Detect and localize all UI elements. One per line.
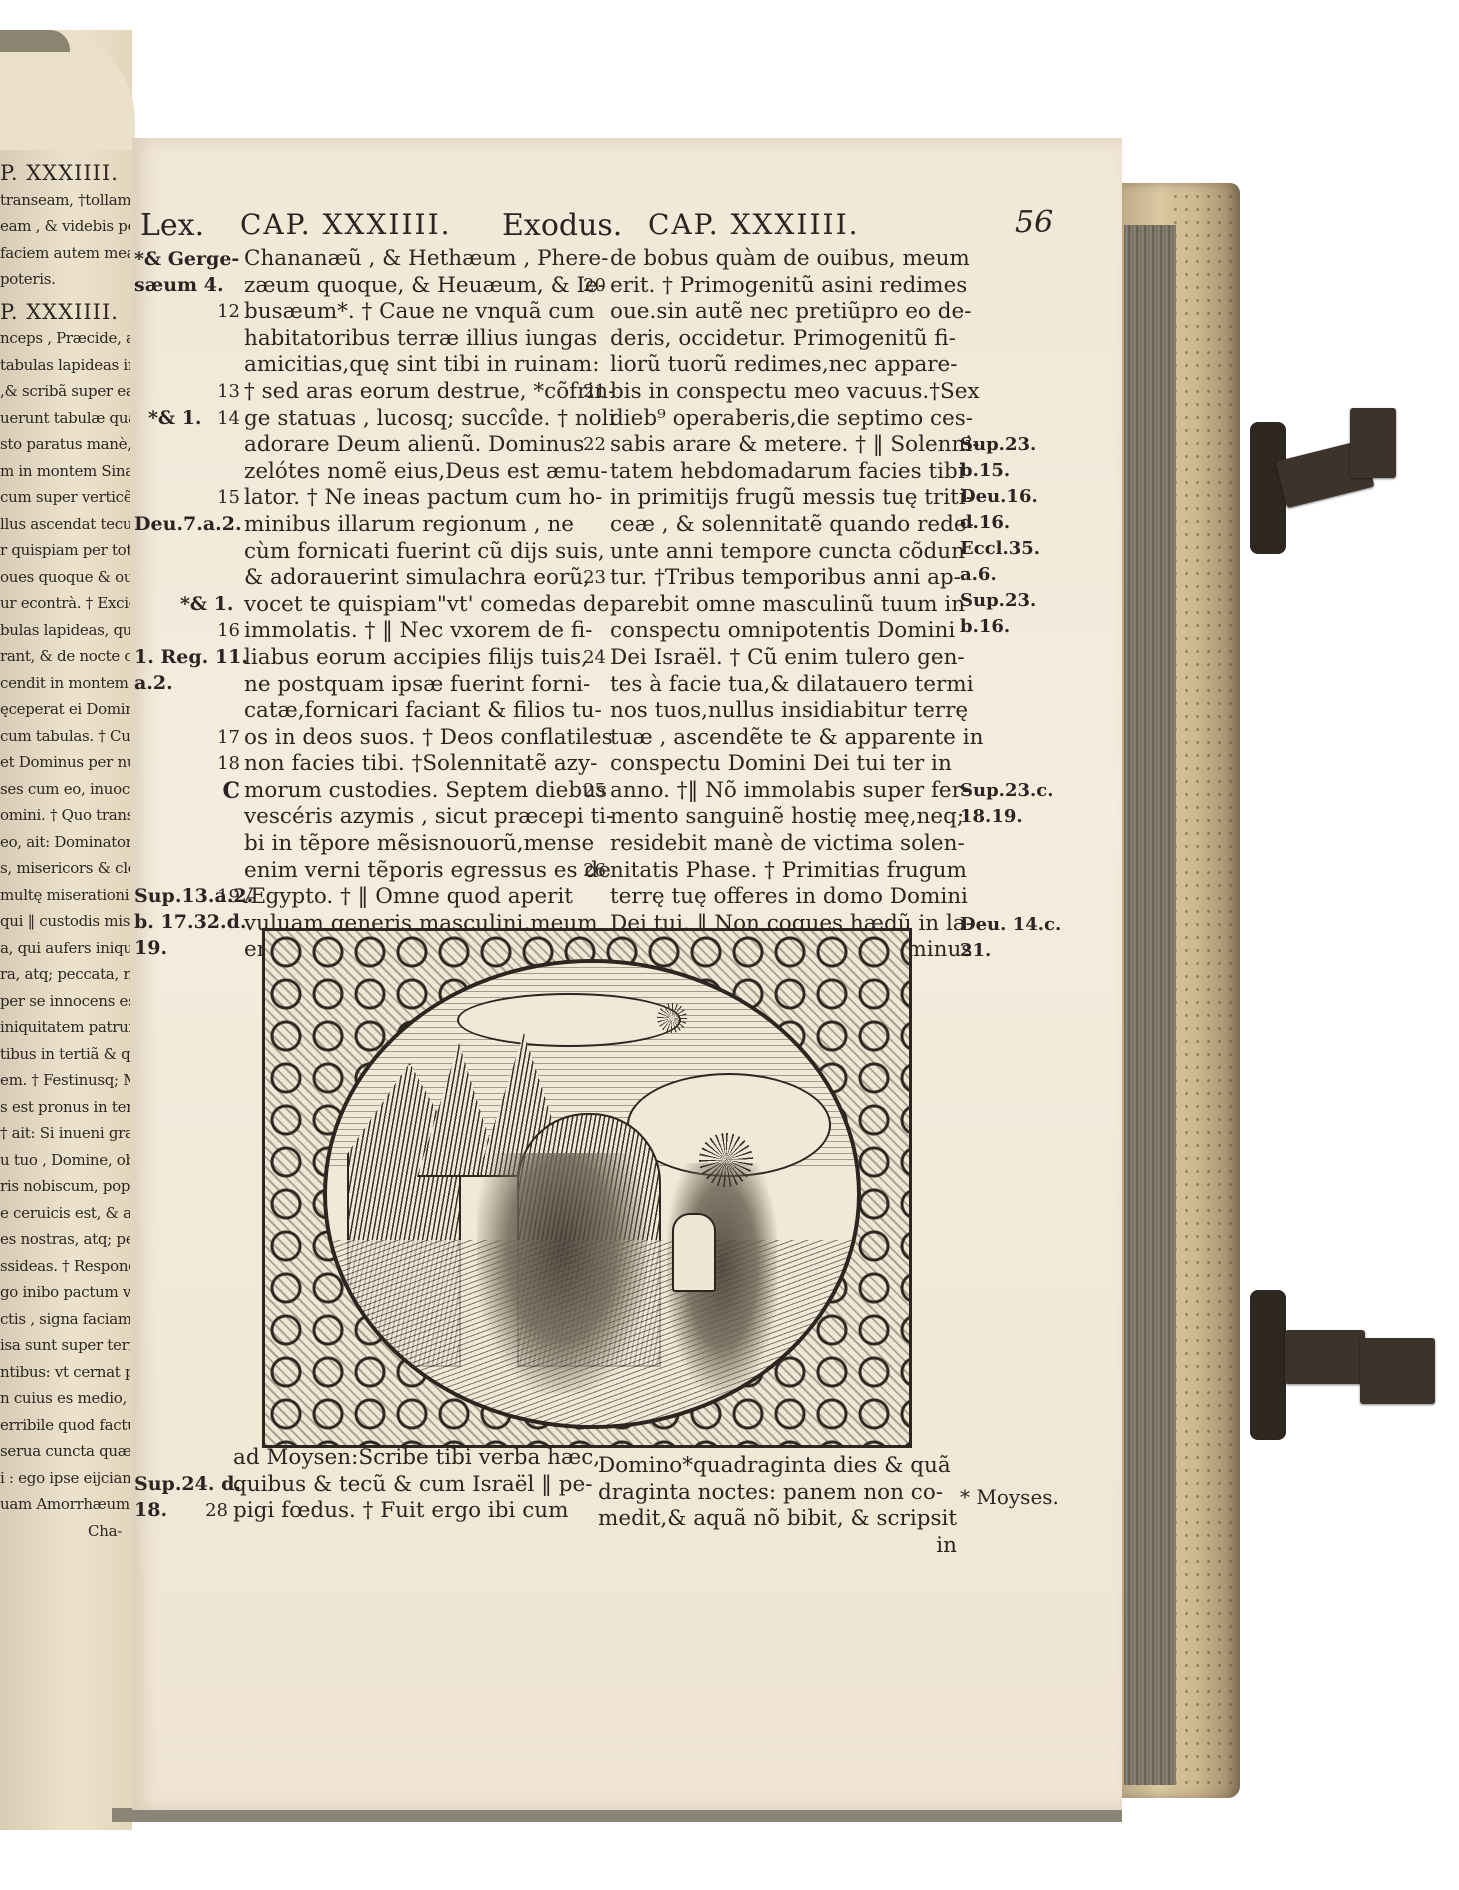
text-line: unte anni tempore cuncta cõdun bbox=[610, 539, 983, 566]
running-header-chapter-left: CAP. XXXIIII. bbox=[240, 208, 452, 241]
verse-number bbox=[578, 592, 606, 619]
text-column-right: de bobus quàm de ouibus, meum erit. † Pr… bbox=[610, 246, 983, 964]
prev-line: cum super verticẽ mon- bbox=[0, 484, 130, 511]
text-line: zæum quoque, & Heuæum, & Ie- bbox=[244, 273, 615, 300]
margin-note-right: d.16. bbox=[960, 510, 1070, 537]
text-line: bis in conspectu meo vacuus.†Sex bbox=[610, 379, 983, 406]
text-line: quibus & tecũ & cum Israël ‖ pe- bbox=[233, 1472, 600, 1499]
woodcut-medallion bbox=[323, 959, 861, 1429]
page-bottom-edge bbox=[112, 1808, 1122, 1822]
margin-note-left: *& 1. bbox=[180, 591, 280, 618]
running-header-left: Lex. bbox=[140, 208, 204, 243]
text-line: parebit omne masculinũ tuum in bbox=[610, 592, 983, 619]
section-letter: C bbox=[196, 778, 240, 805]
margin-note-left: *& 1. bbox=[148, 405, 248, 432]
prev-line: cum tabulas. † Cumq; de- bbox=[0, 723, 130, 750]
verse-numbers-left-bottom: 28 bbox=[196, 1445, 228, 1525]
text-line: nos tuos,nullus insidiabitur terrę bbox=[610, 698, 983, 725]
text-line: Dei Israël. † Cũ enim tulero gen- bbox=[610, 645, 983, 672]
verse-number bbox=[196, 459, 240, 486]
verse-number bbox=[578, 459, 606, 486]
prev-line: faciem autem meam bbox=[0, 240, 130, 267]
prev-line: ctis , signa faciam quæ bbox=[0, 1306, 130, 1333]
text-line: de bobus quàm de ouibus, meum bbox=[610, 246, 983, 273]
verse-number bbox=[578, 672, 606, 699]
prev-line: eam , & videbis poste- bbox=[0, 213, 130, 240]
verse-number: 18 bbox=[196, 751, 240, 778]
text-line: draginta noctes: panem non co- bbox=[598, 1480, 957, 1507]
text-line: liorũ tuorũ redimes,nec appare- bbox=[610, 352, 983, 379]
verse-number bbox=[196, 432, 240, 459]
verse-number: 28 bbox=[196, 1498, 228, 1525]
prev-line: ęceperat ei Dominus, por- bbox=[0, 696, 130, 723]
upper-clasp-mount bbox=[1250, 422, 1286, 554]
text-line: dieb⁹ operaberis,die septimo ces- bbox=[610, 406, 983, 433]
margin-note-right: Deu. 14.c. bbox=[960, 912, 1070, 939]
prev-line: oues quoque & oues non bbox=[0, 564, 130, 591]
text-line: terrę tuę offeres in domo Domini bbox=[610, 884, 983, 911]
previous-page-text: P. XXXIIII. transeam, †tollamque eam , &… bbox=[0, 160, 130, 1544]
prev-line: es nostras, atq; peccata bbox=[0, 1226, 130, 1253]
prev-line: ris nobiscum, populus bbox=[0, 1173, 130, 1200]
prev-line: rant, & de nocte consur- bbox=[0, 643, 130, 670]
verse-number bbox=[578, 246, 606, 273]
text-line: medit,& aquã nõ bibit, & scripsit bbox=[598, 1506, 957, 1533]
text-line: mento sanguinẽ hostię meę,neq; bbox=[610, 804, 983, 831]
text-line: bi in tẽpore mẽsisnouorũ,mense bbox=[244, 831, 615, 858]
prev-line: omini. † Quo transeunte bbox=[0, 802, 130, 829]
prev-line: ra, atq; peccata, nullusque bbox=[0, 961, 130, 988]
woodcut-cloud bbox=[457, 993, 681, 1047]
verse-number: 20 bbox=[578, 273, 606, 300]
verse-number bbox=[196, 804, 240, 831]
prev-line: s, misericors & clemẽs, bbox=[0, 855, 130, 882]
verse-number bbox=[578, 618, 606, 645]
text-line: sabis arare & metere. † ‖ Solenni- bbox=[610, 432, 983, 459]
text-line: pigi fœdus. † Fuit ergo ibi cum bbox=[233, 1498, 600, 1525]
prev-line: ,& scribã super eas verba bbox=[0, 378, 130, 405]
verse-number: 24 bbox=[578, 645, 606, 672]
text-line: conspectu Domini Dei tui ter in bbox=[610, 751, 983, 778]
text-column-right-bottom: Domino*quadraginta dies & quã draginta n… bbox=[598, 1453, 957, 1559]
prev-line: eo, ait: Dominator Domi- bbox=[0, 829, 130, 856]
text-line: & adorauerint simulachra eorũ, bbox=[244, 565, 615, 592]
prev-line: uam Amorrhæum, & bbox=[0, 1491, 130, 1518]
margin-note-right: Sup.23. bbox=[960, 432, 1070, 459]
verse-number bbox=[578, 326, 606, 353]
text-line: nitatis Phase. † Primitias frugum bbox=[610, 858, 983, 885]
binding-speckle-texture bbox=[1170, 190, 1235, 1790]
margin-note-left: Sup.13.a.2. bbox=[134, 883, 234, 910]
text-line: ne postquam ipsæ fuerint forni- bbox=[244, 672, 615, 699]
text-line: minibus illarum regionum , ne bbox=[244, 512, 615, 539]
text-line: in primitijs frugũ messis tuę triti- bbox=[610, 485, 983, 512]
margin-note-right: a.6. bbox=[960, 562, 1070, 589]
text-line: adorare Deum alienũ. Dominus bbox=[244, 432, 615, 459]
verse-number bbox=[578, 884, 606, 911]
margin-note-left: 1. Reg. 11. bbox=[134, 644, 234, 671]
prev-line: transeam, †tollamque bbox=[0, 187, 130, 214]
prev-line: nceps , Præcide, ait, tibi bbox=[0, 325, 130, 352]
text-line: amicitias,quę sint tibi in ruinam: bbox=[244, 352, 615, 379]
lower-clasp-catch[interactable] bbox=[1360, 1338, 1435, 1404]
prev-line: llus ascendat tecum, nec bbox=[0, 511, 130, 538]
text-line: oue.sin autẽ nec pretiũpro eo de- bbox=[610, 299, 983, 326]
prev-line: ses cum eo, inuocans no- bbox=[0, 776, 130, 803]
verse-number bbox=[578, 831, 606, 858]
page-number: 56 bbox=[1015, 205, 1053, 240]
margin-note-left: 19. bbox=[134, 935, 234, 962]
prev-line: e ceruicis est, & aufers bbox=[0, 1200, 130, 1227]
verse-number: 17 bbox=[196, 725, 240, 752]
text-line: tatem hebdomadarum facies tibi bbox=[610, 459, 983, 486]
margin-note-left: sæum 4. bbox=[134, 272, 234, 299]
woodcut-sun bbox=[657, 1003, 687, 1033]
text-line: conspectu omnipotentis Domini bbox=[610, 618, 983, 645]
margin-note-left: a.2. bbox=[134, 670, 234, 697]
margin-note-left: *& Gerge- bbox=[134, 246, 234, 273]
verse-numbers-right: 20 21 22 23 24 25 26 27 bbox=[578, 246, 606, 964]
margin-note-left: Deu.7.a.2. bbox=[134, 511, 234, 538]
verse-number bbox=[196, 1472, 228, 1499]
text-line: liabus eorum accipies filijs tuis, bbox=[244, 645, 615, 672]
verse-number bbox=[578, 352, 606, 379]
prev-line: erribile quod facturus bbox=[0, 1412, 130, 1439]
prev-line: ur econtrà. † Excidit ergo bbox=[0, 590, 130, 617]
running-header-book-title: Exodus. bbox=[502, 208, 622, 243]
prev-line: poteris. bbox=[0, 266, 130, 293]
text-line: † sed aras eorum destrue, *cõfrin- bbox=[244, 379, 615, 406]
running-header-chapter-right: CAP. XXXIIII. bbox=[648, 208, 860, 241]
prev-line: r quispiam per totũ mon- bbox=[0, 537, 130, 564]
verse-number bbox=[578, 299, 606, 326]
prev-line: per se innocens est. ‖ Qui bbox=[0, 988, 130, 1015]
prev-line: i : ego ipse eijciam an- bbox=[0, 1465, 130, 1492]
text-line: anno. †‖ Nõ immolabis super fer- bbox=[610, 778, 983, 805]
verse-number bbox=[578, 485, 606, 512]
text-line: habitatoribus terræ illius iungas bbox=[244, 326, 615, 353]
text-column-left-bottom: ad Moysen:Scribe tibi verba hæc, quibus … bbox=[233, 1445, 600, 1525]
prev-line: go inibo pactum viden- bbox=[0, 1279, 130, 1306]
text-line: lator. † Ne ineas pactum cum ho- bbox=[244, 485, 615, 512]
verse-number: 13 bbox=[196, 379, 240, 406]
verse-number bbox=[196, 539, 240, 566]
prev-line: multę miserationis, ac bbox=[0, 882, 130, 909]
prev-line: u tuo , Domine, obsecro bbox=[0, 1147, 130, 1174]
verse-number bbox=[196, 698, 240, 725]
prev-line: tibus in tertiã & quartam bbox=[0, 1041, 130, 1068]
margin-note-right: * Moyses. bbox=[960, 1484, 1070, 1511]
text-line: vescéris azymis , sicut præcepi ti- bbox=[244, 804, 615, 831]
text-line: Ægypto. † ‖ Omne quod aperit bbox=[244, 884, 615, 911]
catchword: in bbox=[598, 1533, 957, 1560]
prev-catchword: Cha- bbox=[0, 1518, 130, 1545]
margin-note-right: b.15. bbox=[960, 458, 1070, 485]
margin-note-right: Deu.16. bbox=[960, 484, 1070, 511]
prev-line: uerunt tabulæ quas fre- bbox=[0, 405, 130, 432]
woodcut-tablets-of-law bbox=[672, 1213, 716, 1292]
prev-line: a, qui aufers iniquitatem bbox=[0, 935, 130, 962]
prev-line: ntibus: vt cernat popu- bbox=[0, 1359, 130, 1386]
prev-line: tabulas lapideas instar bbox=[0, 352, 130, 379]
text-column-left: Chananæũ , & Hethæum , Phere- zæum quoqu… bbox=[244, 246, 615, 964]
text-line: tur. †Tribus temporibus anni ap- bbox=[610, 565, 983, 592]
text-line: residebit manè de victima solen- bbox=[610, 831, 983, 858]
verse-number bbox=[578, 725, 606, 752]
text-line: os in deos suos. † Deos conflatiles bbox=[244, 725, 615, 752]
prev-line: sto paratus manè,vt ascẽ bbox=[0, 431, 130, 458]
prev-line: bulas lapideas, quales an- bbox=[0, 617, 130, 644]
verse-number bbox=[578, 539, 606, 566]
prev-line: serua cuncta quæ hodie bbox=[0, 1438, 130, 1465]
verse-number: 15 bbox=[196, 485, 240, 512]
text-line: immolatis. † ‖ Nec vxorem de fi- bbox=[244, 618, 615, 645]
text-line: catæ,fornicari faciant & filios tu- bbox=[244, 698, 615, 725]
prev-line: n cuius es medio, opus bbox=[0, 1385, 130, 1412]
verse-number: 16 bbox=[196, 618, 240, 645]
margin-note-right: Eccl.35. bbox=[960, 536, 1070, 563]
prev-line: ssideas. † Respondit Do- bbox=[0, 1253, 130, 1280]
margin-note-right: 18.19. bbox=[960, 804, 1070, 831]
lower-clasp-mount bbox=[1250, 1290, 1286, 1440]
verse-number bbox=[578, 698, 606, 725]
verse-number bbox=[196, 831, 240, 858]
verse-number bbox=[196, 858, 240, 885]
prev-chapter-heading: P. XXXIIII. bbox=[0, 160, 130, 187]
verse-number: 21 bbox=[578, 379, 606, 406]
text-line: erit. † Primogenitũ asini redimes bbox=[610, 273, 983, 300]
text-line: morum custodies. Septem diebus bbox=[244, 778, 615, 805]
verse-number: 23 bbox=[578, 565, 606, 592]
text-line: cùm fornicati fuerint cũ dijs suis, bbox=[244, 539, 615, 566]
text-line: tuæ , ascendẽte te & apparente in bbox=[610, 725, 983, 752]
text-line: ceæ , & solennitatẽ quando rede- bbox=[610, 512, 983, 539]
text-line: ge statuas , lucosq; succîde. † noli bbox=[244, 406, 615, 433]
verse-number bbox=[578, 804, 606, 831]
prev-line: em. † Festinusq; Moyses, bbox=[0, 1067, 130, 1094]
prev-line: qui ‖ custodis misericordiã bbox=[0, 908, 130, 935]
text-line: tes à facie tua,& dilatauero termi bbox=[610, 672, 983, 699]
verse-number bbox=[578, 751, 606, 778]
text-line: enim verni tẽporis egressus es de bbox=[244, 858, 615, 885]
verse-number: 22 bbox=[578, 432, 606, 459]
verse-number bbox=[578, 406, 606, 433]
page-fore-edge bbox=[1122, 225, 1176, 1785]
verse-number bbox=[196, 565, 240, 592]
prev-line: et Dominus per nubẽ, bbox=[0, 749, 130, 776]
margin-note-right: Sup.23.c. bbox=[960, 778, 1070, 805]
text-line: deris, occidetur. Primogenitũ fi- bbox=[610, 326, 983, 353]
text-line: vocet te quispiam"vt' comedas de bbox=[244, 592, 615, 619]
verse-number bbox=[196, 1445, 228, 1472]
prev-line: iniquitatem patrum filijs bbox=[0, 1014, 130, 1041]
text-line: zelótes nomẽ eius,Deus est æmu- bbox=[244, 459, 615, 486]
headband bbox=[0, 30, 70, 52]
margin-note-right: b.16. bbox=[960, 614, 1070, 641]
verse-number bbox=[196, 326, 240, 353]
verse-number: 12 bbox=[196, 299, 240, 326]
lower-clasp-strap[interactable] bbox=[1285, 1330, 1365, 1384]
margin-note-left: b. 17.32.d. bbox=[134, 909, 234, 936]
verse-number: 26 bbox=[578, 858, 606, 885]
verse-number: 25 bbox=[578, 778, 606, 805]
margin-note-right: Sup.23. bbox=[960, 588, 1070, 615]
woodcut-israelites bbox=[477, 1153, 647, 1393]
prev-line: isa sunt super terrã, nec bbox=[0, 1332, 130, 1359]
upper-clasp-catch[interactable] bbox=[1350, 408, 1396, 478]
prev-chapter-heading: P. XXXIIII. bbox=[0, 299, 130, 326]
prev-line: m in montem Sinai, sta- bbox=[0, 458, 130, 485]
prev-line: † ait: Si inueni gratiam in bbox=[0, 1120, 130, 1147]
text-line: non facies tibi. †Solennitatẽ azy- bbox=[244, 751, 615, 778]
prev-line: cendit in montem Sinai, bbox=[0, 670, 130, 697]
text-line: ad Moysen:Scribe tibi verba hæc, bbox=[233, 1445, 600, 1472]
text-line: busæum*. † Caue ne vnquã cum bbox=[244, 299, 615, 326]
text-line: Domino*quadraginta dies & quã bbox=[598, 1453, 957, 1480]
prev-line: s est pronus in terrã, & bbox=[0, 1094, 130, 1121]
verse-number bbox=[578, 512, 606, 539]
woodcut-illustration bbox=[262, 928, 912, 1448]
woodcut-halo bbox=[699, 1133, 753, 1187]
text-line: Chananæũ , & Hethæum , Phere- bbox=[244, 246, 615, 273]
margin-note-right: 21. bbox=[960, 938, 1070, 965]
verse-number bbox=[196, 352, 240, 379]
